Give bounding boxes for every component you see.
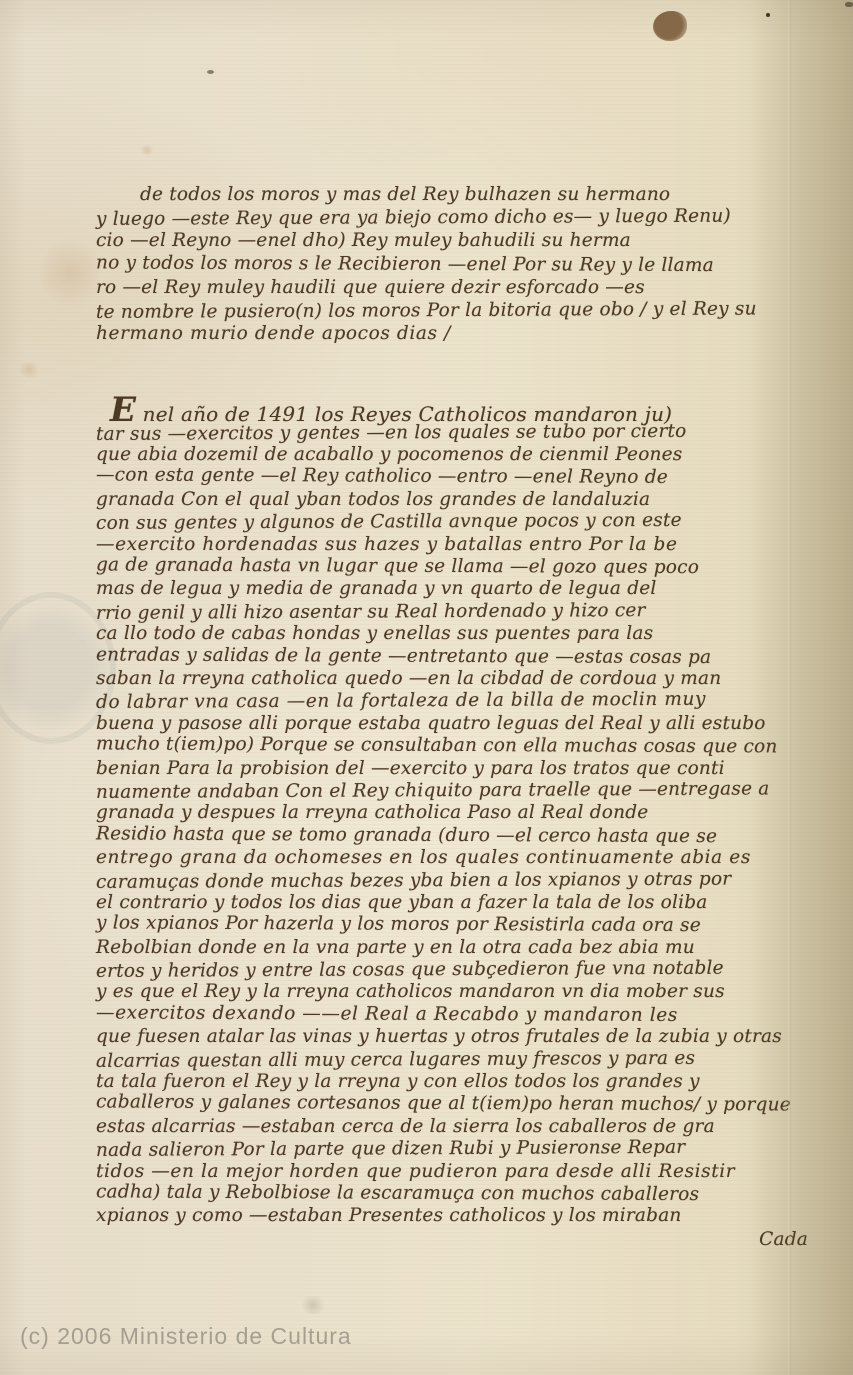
manuscript-line: benian Para la probision del —exercito y…	[96, 758, 828, 780]
manuscript-line: ertos y heridos y entre las cosas que su…	[96, 957, 828, 983]
manuscript-line: —con esta gente —el Rey catholico —entro…	[96, 465, 828, 491]
paper-blotch	[40, 235, 100, 310]
copyright-watermark: (c) 2006 Ministerio de Cultura	[20, 1323, 352, 1350]
manuscript-line: cadha) tala y Rebolbiose la escaramuça c…	[96, 1181, 828, 1207]
manuscript-line: saban la rreyna catholica quedo —en la c…	[96, 668, 828, 690]
manuscript-line: granada y despues la rreyna catholica Pa…	[96, 802, 828, 824]
paper-speck	[766, 13, 770, 17]
manuscript-line: ro —el Rey muley haudili que quiere dezi…	[96, 276, 828, 299]
manuscript-line: buena y pasose alli porque estaba quatro…	[96, 713, 828, 735]
paper-speck	[207, 70, 214, 74]
manuscript-line: E nel año de 1491 los Reyes Catholicos m…	[96, 399, 828, 421]
manuscript-line: —exercitos dexando ——el Real a Recabdo y…	[96, 1002, 828, 1028]
manuscript-line: entrego grana da ochomeses en los quales…	[96, 847, 828, 869]
manuscript-line: do labrar vna casa —en la fortaleza de l…	[96, 688, 828, 714]
manuscript-line: granada Con el qual yban todos los grand…	[96, 489, 828, 511]
manuscript-line: caballeros y galanes cortesanos que al t…	[96, 1092, 828, 1118]
manuscript-line: y los xpianos Por hazerla y los moros po…	[96, 913, 828, 939]
manuscript-line: ga de granada hasta vn lugar que se llam…	[96, 554, 828, 580]
manuscript-line: entradas y salidas de la gente —entretan…	[96, 644, 828, 670]
paper-speck	[845, 2, 853, 7]
manuscript-line: de todos los moros y mas del Rey bulhaze…	[96, 183, 828, 206]
manuscript-line: no y todos los moros s le Recibieron —en…	[96, 251, 828, 277]
manuscript-line: hermano murio dende apocos dias /	[96, 322, 828, 345]
manuscript-line: caramuças donde muchas bezes yba bien a …	[96, 868, 828, 894]
manuscript-line: Residio hasta que se tomo granada (duro …	[96, 823, 828, 849]
manuscript-page-scan: de todos los moros y mas del Rey bulhaze…	[0, 0, 853, 1375]
manuscript-line: cio —el Reyno —enel dho) Rey muley bahud…	[96, 229, 828, 252]
manuscript-line: que fuesen atalar las vinas y huertas y …	[96, 1026, 828, 1048]
manuscript-text-block: de todos los moros y mas del Rey bulhaze…	[96, 183, 828, 1252]
paper-blotch	[140, 145, 154, 155]
manuscript-line: ta tala fueron el Rey y la rreyna y con …	[96, 1071, 828, 1093]
manuscript-line: mas de legua y media de granada y vn qua…	[96, 578, 828, 600]
manuscript-line: ca llo todo de cabas hondas y enellas su…	[96, 623, 828, 645]
paper-blotch	[18, 362, 40, 378]
manuscript-line: nada salieron Por la parte que dizen Rub…	[96, 1136, 828, 1162]
manuscript-line: xpianos y como —estaban Presentes cathol…	[96, 1205, 828, 1227]
manuscript-line: Rebolbian donde en la vna parte y en la …	[96, 937, 828, 959]
ink-stain	[653, 11, 687, 41]
manuscript-line: tidos —en la mejor horden que pudieron p…	[96, 1161, 828, 1183]
manuscript-line: mucho t(iem)po) Porque se consultaban co…	[96, 734, 828, 760]
manuscript-line: y es que el Rey y la rreyna catholicos m…	[96, 981, 828, 1003]
manuscript-line: tar sus —exercitos y gentes —en los qual…	[96, 420, 828, 446]
manuscript-line: —exercito hordenadas sus hazes y batalla…	[96, 534, 828, 556]
manuscript-line: estas alcarrias —estaban cerca de la sie…	[96, 1116, 828, 1138]
manuscript-line: alcarrias questan alli muy cerca lugares…	[96, 1047, 828, 1073]
manuscript-paragraph-1: de todos los moros y mas del Rey bulhaze…	[96, 183, 828, 345]
manuscript-line: te nombre le pusiero(n) los moros Por la…	[96, 297, 828, 324]
manuscript-line: nuamente andaban Con el Rey chiquito par…	[96, 778, 828, 804]
catchword: Cada	[96, 1228, 828, 1252]
manuscript-line: que abia dozemil de acaballo y pocomenos…	[96, 444, 828, 466]
manuscript-line: rrio genil y alli hizo asentar su Real h…	[96, 599, 828, 625]
manuscript-line: y luego —este Rey que era ya biejo como …	[96, 204, 828, 231]
manuscript-paragraph-2: E nel año de 1491 los Reyes Catholicos m…	[96, 399, 828, 1227]
manuscript-line: el contrario y todos los dias que yban a…	[96, 892, 828, 914]
manuscript-line: con sus gentes y algunos de Castilla avn…	[96, 509, 828, 535]
paper-blotch	[300, 1296, 326, 1314]
